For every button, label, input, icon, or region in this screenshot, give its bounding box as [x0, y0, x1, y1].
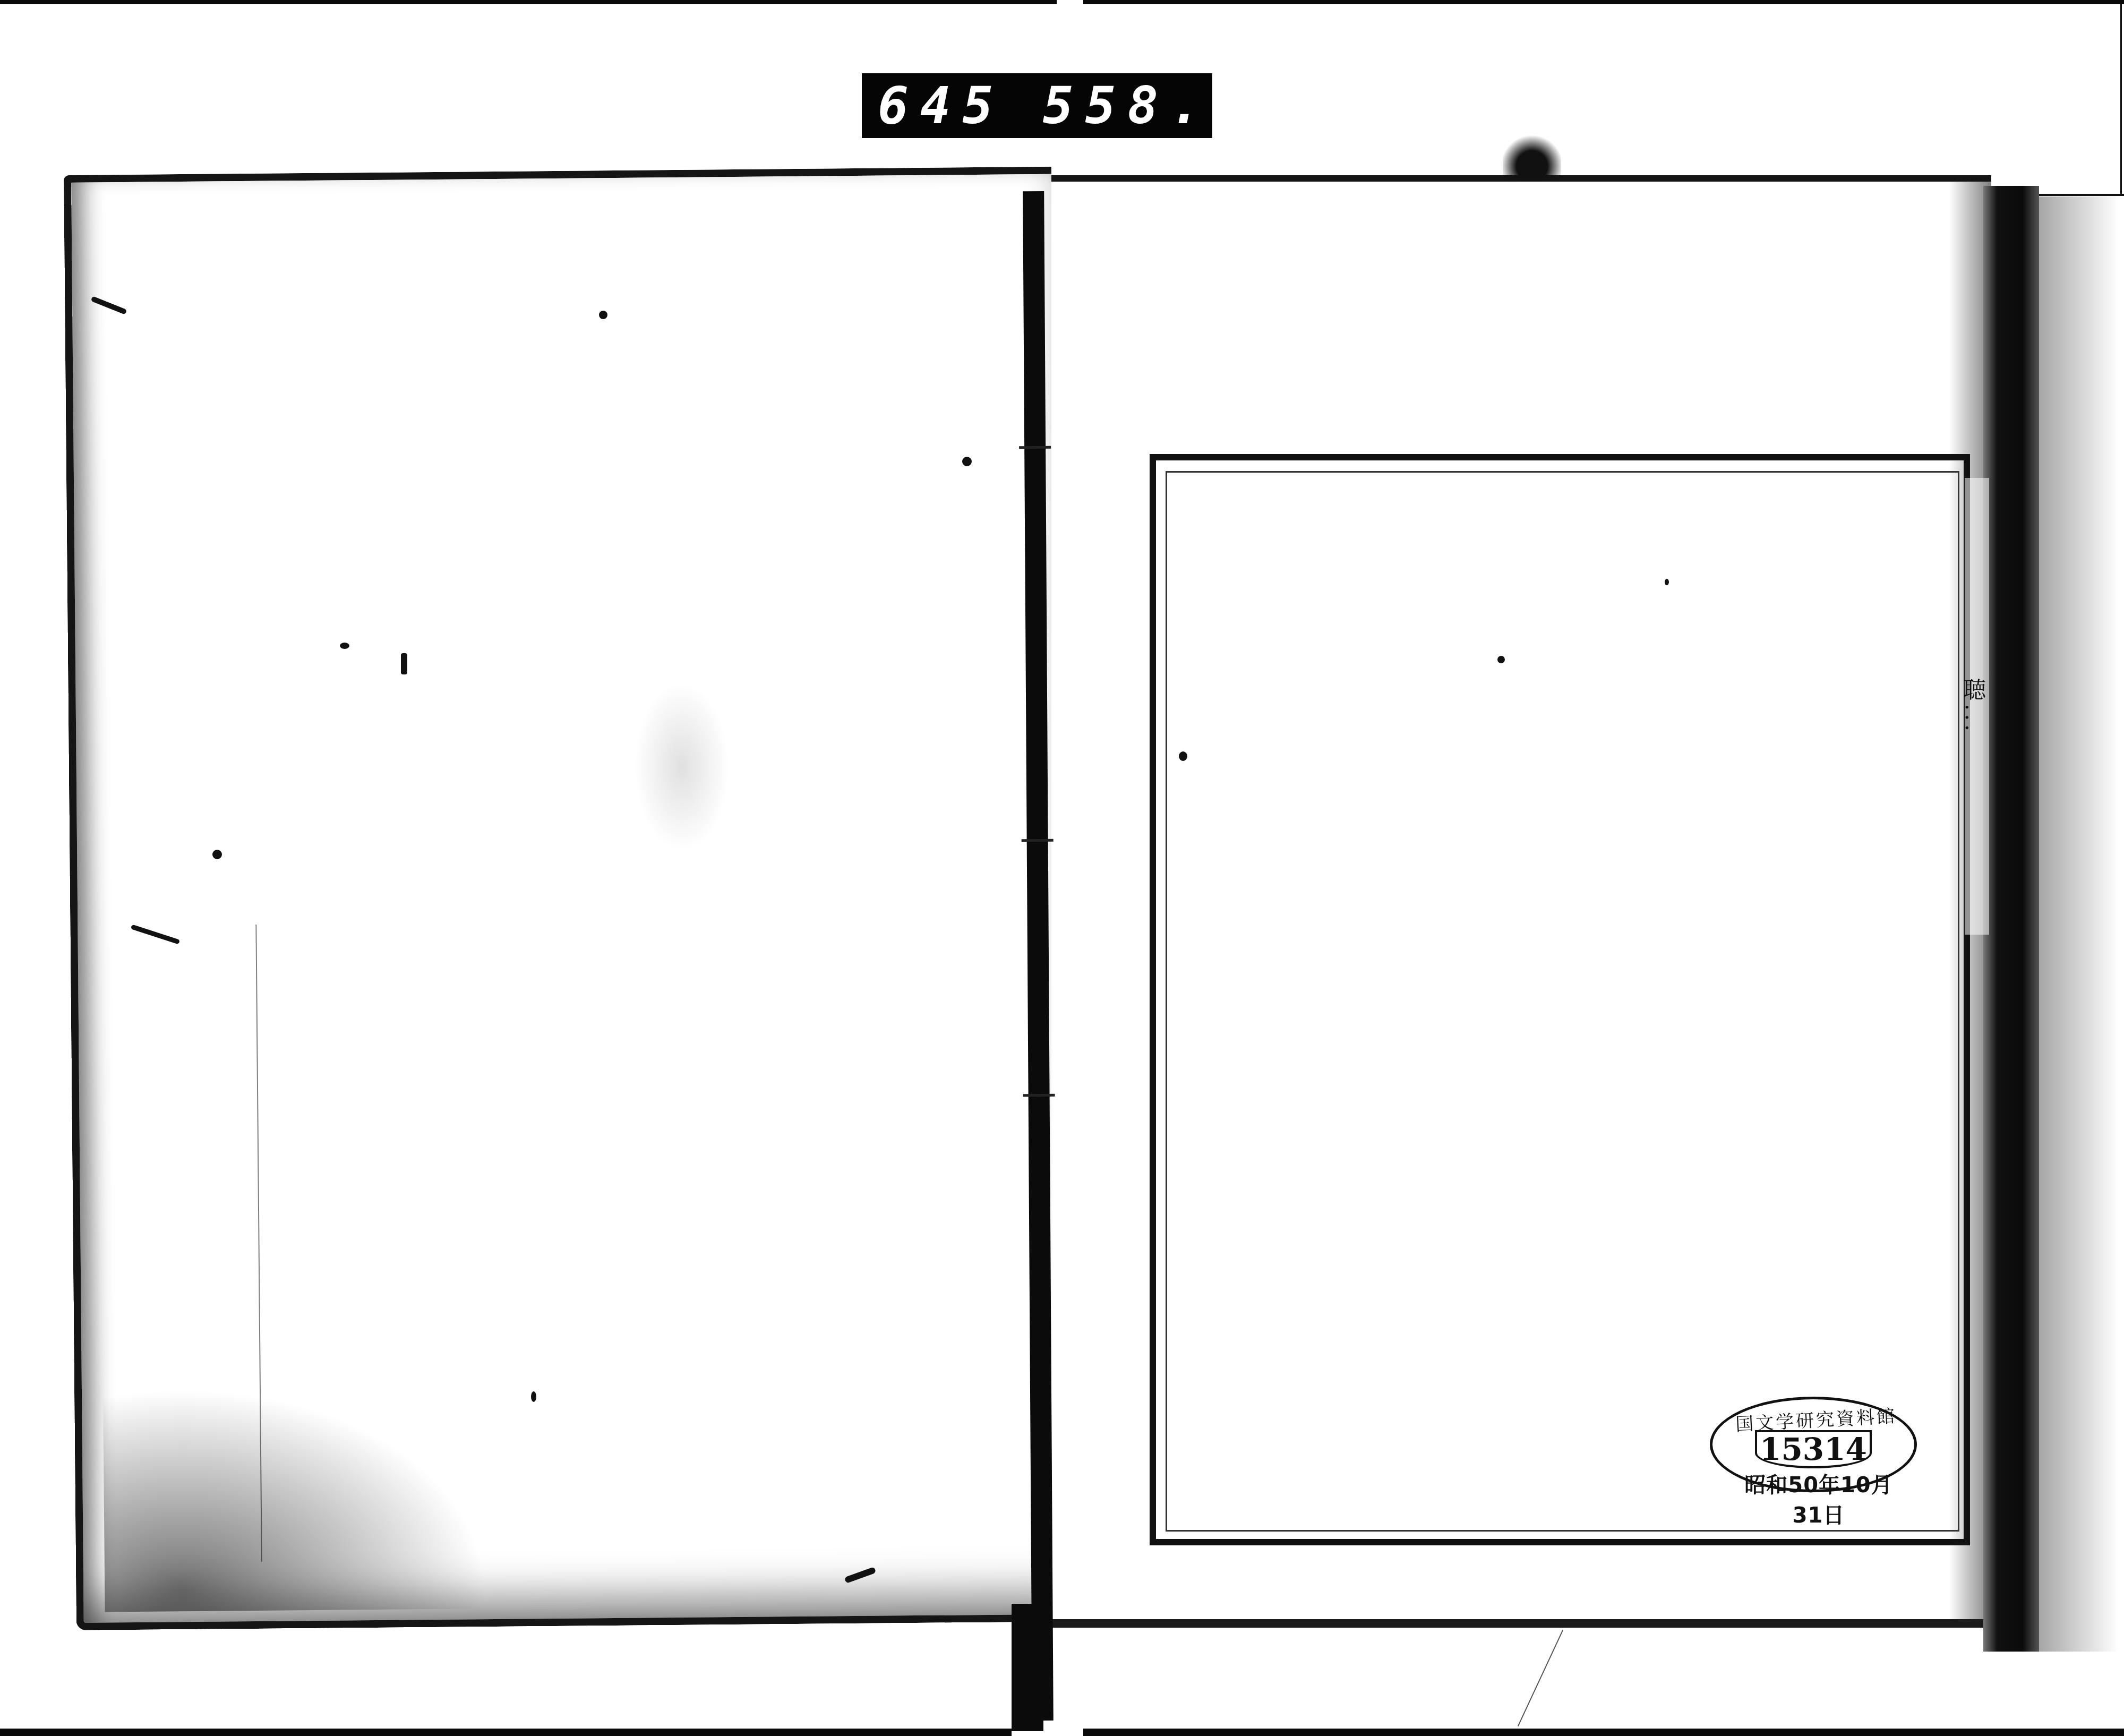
ink-spot: [1497, 656, 1505, 663]
ink-spot: [531, 1391, 536, 1402]
film-edge-top-left: [0, 0, 1057, 4]
ink-spot: [340, 643, 349, 649]
frame-counter: 645 558.: [862, 73, 1212, 138]
stamp-date: 昭和50年10月31日: [1734, 1468, 1904, 1529]
library-stamp: 国文学研究資料館 15314 昭和50年10月31日: [1710, 1397, 1917, 1492]
book-spine-lower: [1012, 1604, 1043, 1731]
film-edge-bottom-right: [1083, 1729, 2124, 1736]
faint-blotch: [633, 681, 730, 852]
ink-spot: [962, 457, 972, 466]
ink-spot: [212, 850, 222, 859]
water-stain: [103, 1386, 487, 1612]
ink-spot: [1665, 579, 1669, 585]
ink-spot: [401, 653, 407, 674]
binding-stitch: [1019, 446, 1051, 449]
film-edge-right-tick: [2039, 194, 2124, 196]
ink-spot: [1179, 751, 1187, 761]
scratch-line: [1518, 1630, 1563, 1726]
ink-spot: [599, 311, 607, 319]
binding-stitch: [1022, 839, 1054, 842]
film-edge-right-rule: [2120, 4, 2122, 195]
book-edge-shadow: [2039, 196, 2119, 1652]
frame-counter-right: 558.: [1043, 76, 1212, 135]
fiber-tuft: [1503, 133, 1561, 181]
film-edge-top-right: [1083, 0, 2124, 4]
left-page: [64, 167, 1064, 1630]
frame-counter-left: 645: [878, 76, 1043, 135]
title-slip: 聴...: [1965, 478, 1989, 935]
stamp-accession-number: 15314: [1755, 1430, 1872, 1468]
binding-stitch: [1023, 1094, 1055, 1097]
film-edge-bottom-left: [0, 1729, 1012, 1736]
book-fore-edge: [1983, 186, 2039, 1652]
